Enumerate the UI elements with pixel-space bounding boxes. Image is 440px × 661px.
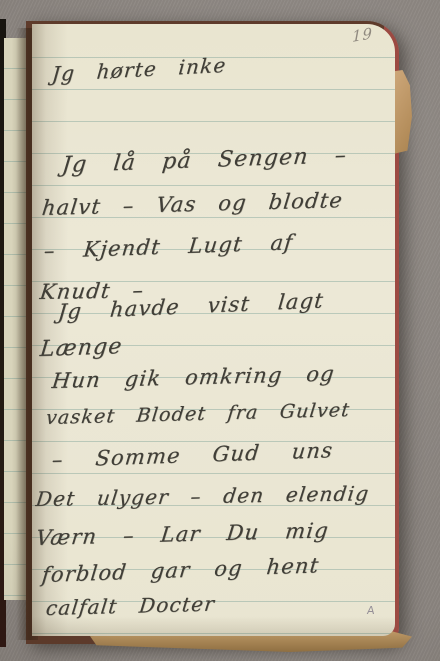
notebook-photo: Jg hørte inke Jg lå på Sengen – halvt – …	[0, 0, 440, 661]
page-number: 19	[352, 24, 373, 46]
handwriting-layer: Jg hørte inke Jg lå på Sengen – halvt – …	[0, 0, 440, 661]
handwriting-line: – Somme Gud uns	[51, 438, 335, 472]
corner-annotation: A	[366, 604, 375, 617]
handwriting-line: halvt – Vas og blodte	[41, 188, 345, 220]
handwriting-line: Det ulyger – den elendig	[35, 481, 371, 511]
handwriting-line: calfalt Docter	[45, 592, 217, 621]
handwriting-line: Værn – Lar Du mig	[35, 518, 331, 550]
handwriting-line: Hun gik omkring og	[51, 362, 337, 393]
handwriting-line: vasket Blodet fra Gulvet	[45, 399, 352, 429]
handwriting-line: Jg hørte inke	[51, 53, 228, 86]
handwriting-line: – Kjendt Lugt af	[43, 230, 295, 263]
handwriting-line: forblod gar og hent	[41, 553, 321, 587]
handwriting-line: Jg lå på Sengen –	[61, 143, 349, 178]
handwriting-line: Længe	[39, 334, 124, 362]
